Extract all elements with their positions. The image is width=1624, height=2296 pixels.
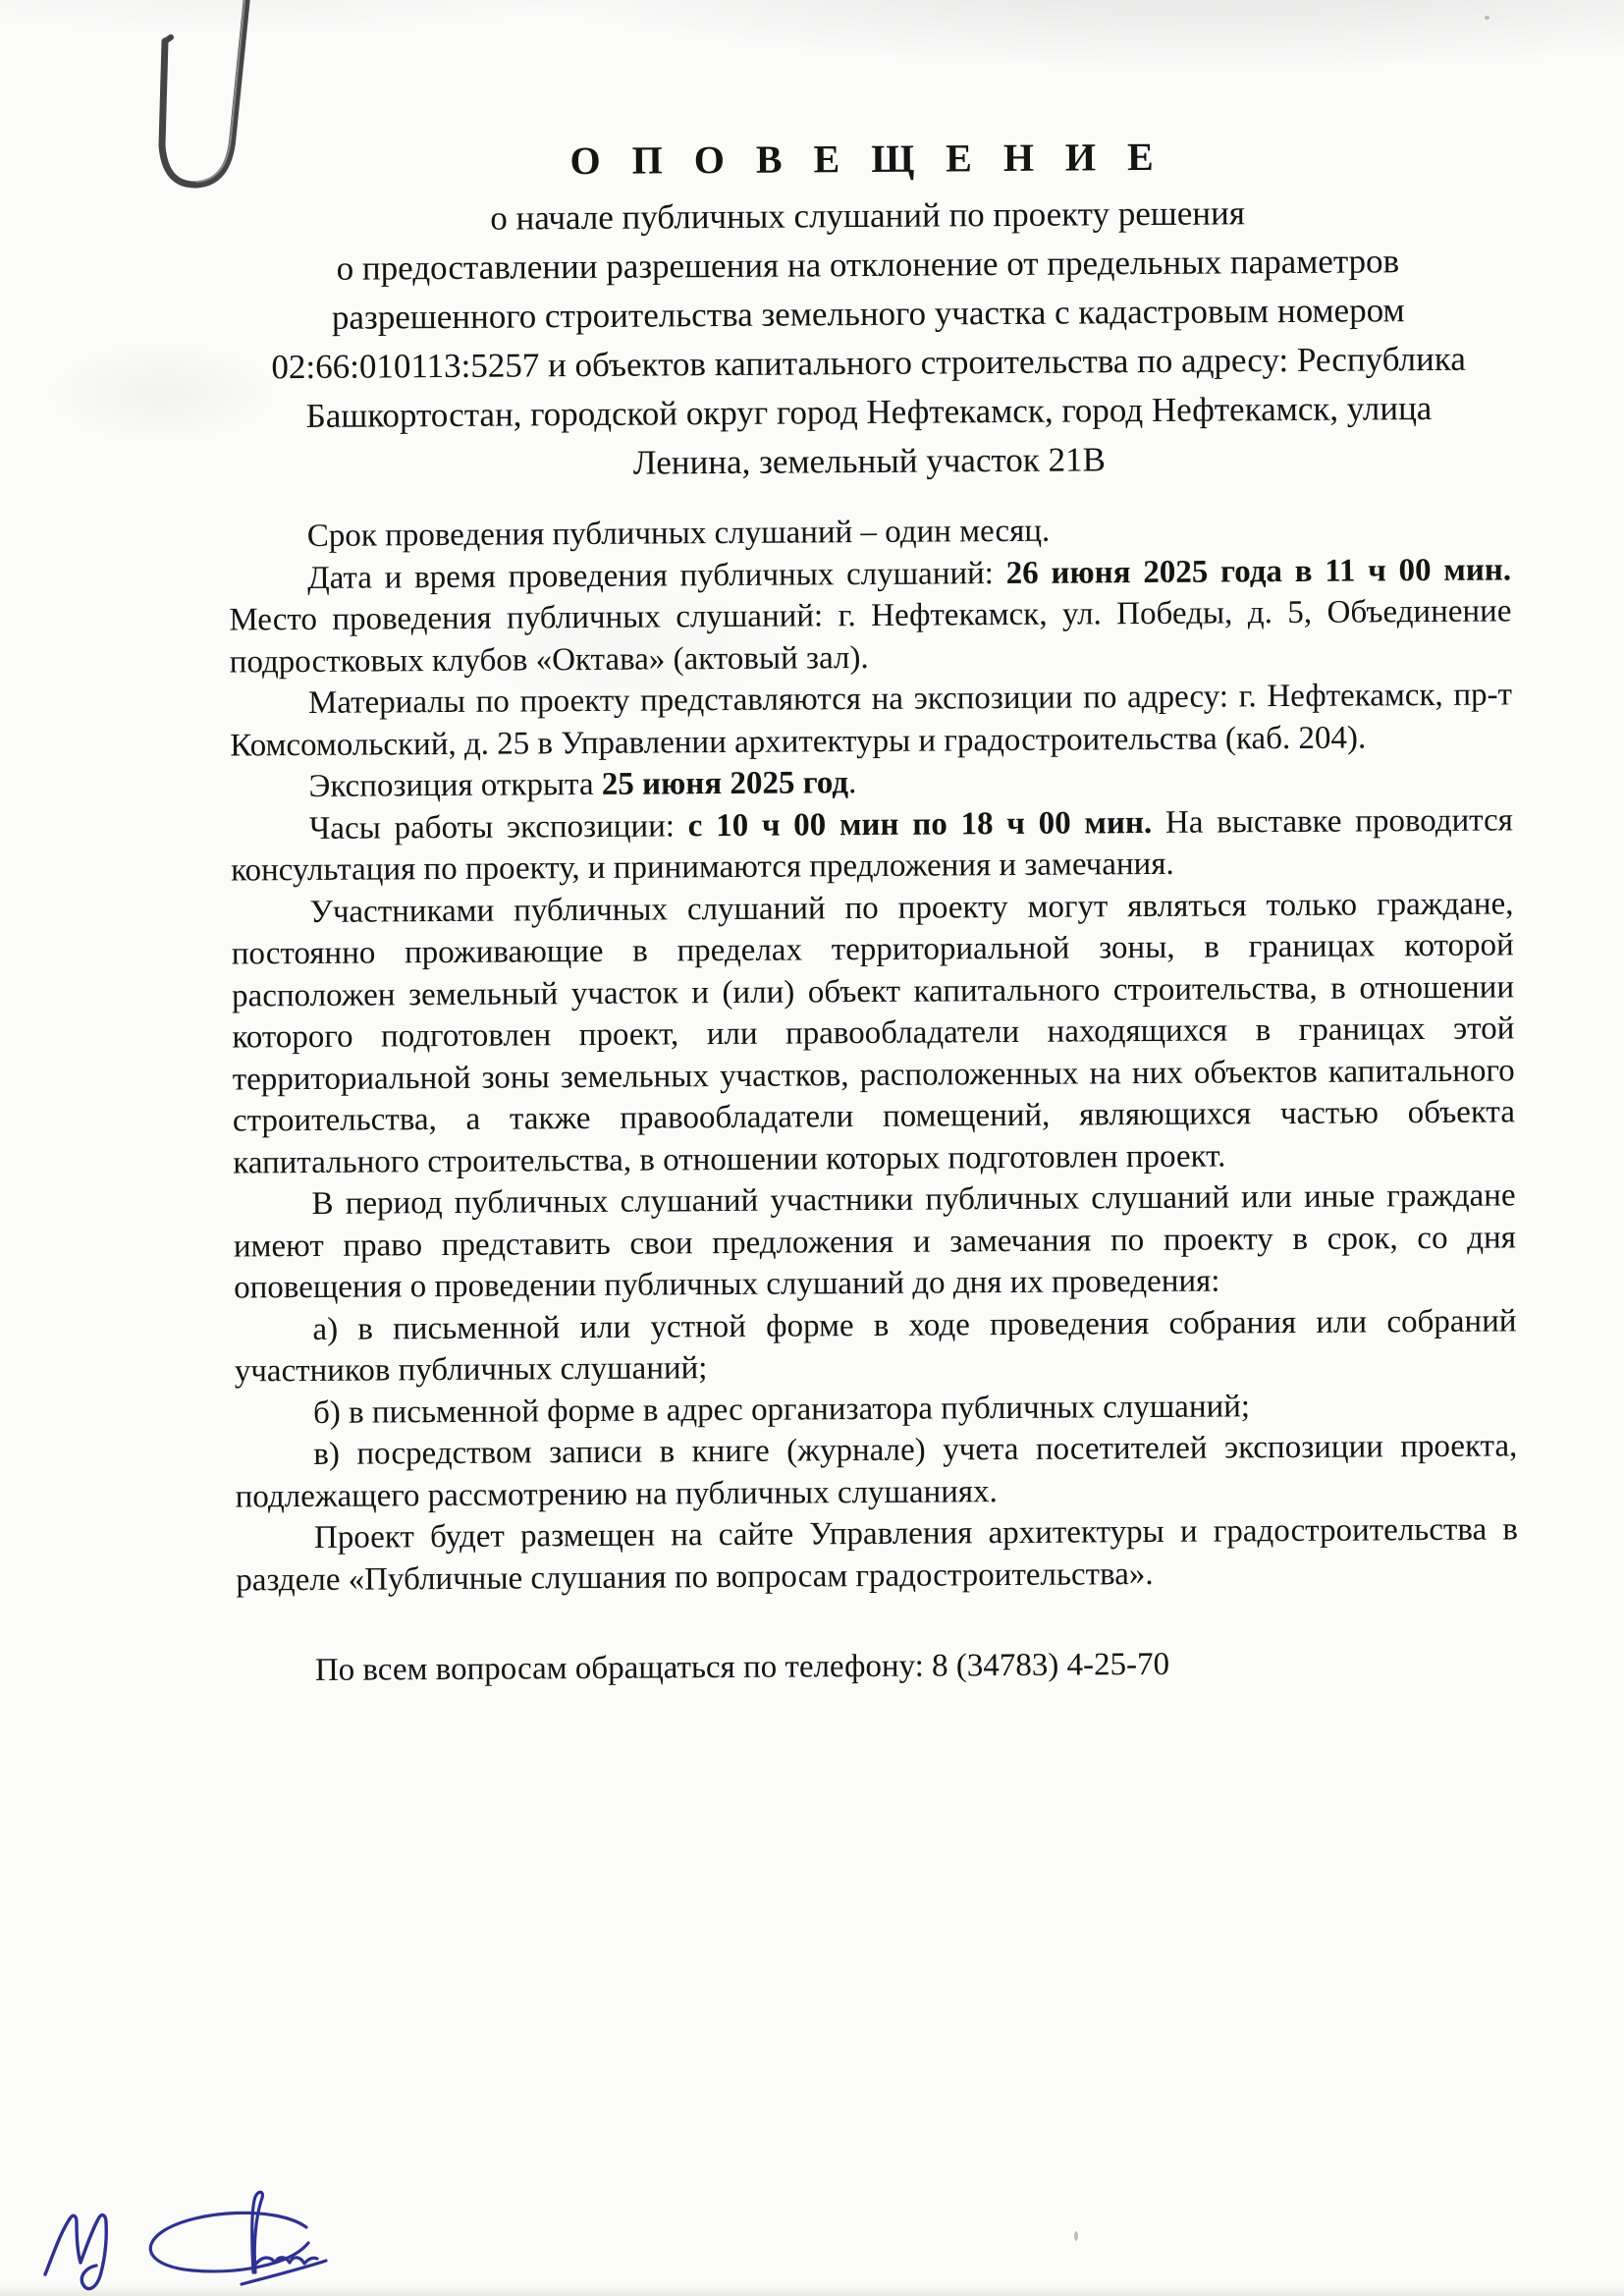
paragraph-proposals-period: В период публичных слушаний участники пу… xyxy=(233,1175,1516,1309)
scanned-document-page: О П О В Е Щ Е Н И Е о начале публичных с… xyxy=(0,0,1624,2296)
document-body: Срок проведения публичных слушаний – оди… xyxy=(229,507,1519,1692)
subtitle-line: Ленина, земельный участок 21В xyxy=(228,432,1510,490)
text-run: Часы работы экспозиции: xyxy=(309,808,688,847)
text-run: Экспозиция открыта xyxy=(308,767,601,804)
subtitle-line: Башкортостан, городской округ город Нефт… xyxy=(228,383,1510,441)
bold-date-run: 25 июня 2025 год xyxy=(602,765,849,802)
list-item-a: а) в письменной или устной форме в ходе … xyxy=(234,1300,1517,1393)
signature-area xyxy=(20,2170,353,2296)
text-run: Материалы по проекту представляются на э… xyxy=(230,677,1512,763)
paragraph-materials: Материалы по проекту представляются на э… xyxy=(230,674,1513,766)
signature-handwritten-right xyxy=(150,2192,326,2284)
text-run: Участниками публичных слушаний по проект… xyxy=(232,886,1515,1180)
document-content: О П О В Е Щ Е Н И Е о начале публичных с… xyxy=(226,131,1519,1692)
text-run: По всем вопросам обращаться по телефону:… xyxy=(315,1647,1169,1688)
text-run: Срок проведения публичных слушаний – оди… xyxy=(307,514,1051,554)
text-run: Проект будет размещен на сайте Управлени… xyxy=(236,1511,1518,1598)
bold-date-run: 26 июня 2025 года в 11 ч 00 мин. xyxy=(1006,552,1512,591)
contact-phone-line: По всем вопросам обращаться по телефону:… xyxy=(237,1641,1519,1692)
scan-speck xyxy=(1074,2231,1078,2241)
scan-edge-shadow xyxy=(0,2284,1624,2296)
text-run: Место проведения публичных слушаний: г. … xyxy=(229,593,1511,680)
paragraph-website: Проект будет размещен на сайте Управлени… xyxy=(236,1508,1519,1601)
subtitle-line: о начале публичных слушаний по проекту р… xyxy=(226,187,1508,245)
text-run: а) в письменной или устной форме в ходе … xyxy=(235,1303,1517,1390)
list-item-v: в) посредством записи в книге (журнале) … xyxy=(235,1425,1518,1517)
text-run: . xyxy=(848,765,857,800)
subtitle-line: о предоставлении разрешения на отклонени… xyxy=(227,236,1509,294)
bold-hours-run: с 10 ч 00 мин по 18 ч 00 мин. xyxy=(688,804,1153,843)
document-subtitle: о начале публичных слушаний по проекту р… xyxy=(226,187,1510,490)
subtitle-line: разрешенного строительства земельного уч… xyxy=(227,285,1509,343)
text-run: В период публичных слушаний участники пу… xyxy=(234,1177,1516,1305)
text-run: Дата и время проведения публичных слушан… xyxy=(307,556,1006,596)
signature-handwritten-left xyxy=(45,2215,106,2289)
paragraph-date-place: Дата и время проведения публичных слушан… xyxy=(229,549,1512,683)
paragraph-exposition-hours: Часы работы экспозиции: с 10 ч 00 мин по… xyxy=(231,799,1514,892)
paragraph-participants: Участниками публичных слушаний по проект… xyxy=(231,883,1515,1184)
document-title: О П О В Е Щ Е Н И Е xyxy=(226,131,1508,186)
text-run: в) посредством записи в книге (журнале) … xyxy=(236,1428,1518,1514)
scan-speck xyxy=(1485,16,1489,20)
text-run: б) в письменной форме в адрес организато… xyxy=(313,1389,1250,1431)
subtitle-line: 02:66:010113:5257 и объектов капитальног… xyxy=(227,334,1509,392)
